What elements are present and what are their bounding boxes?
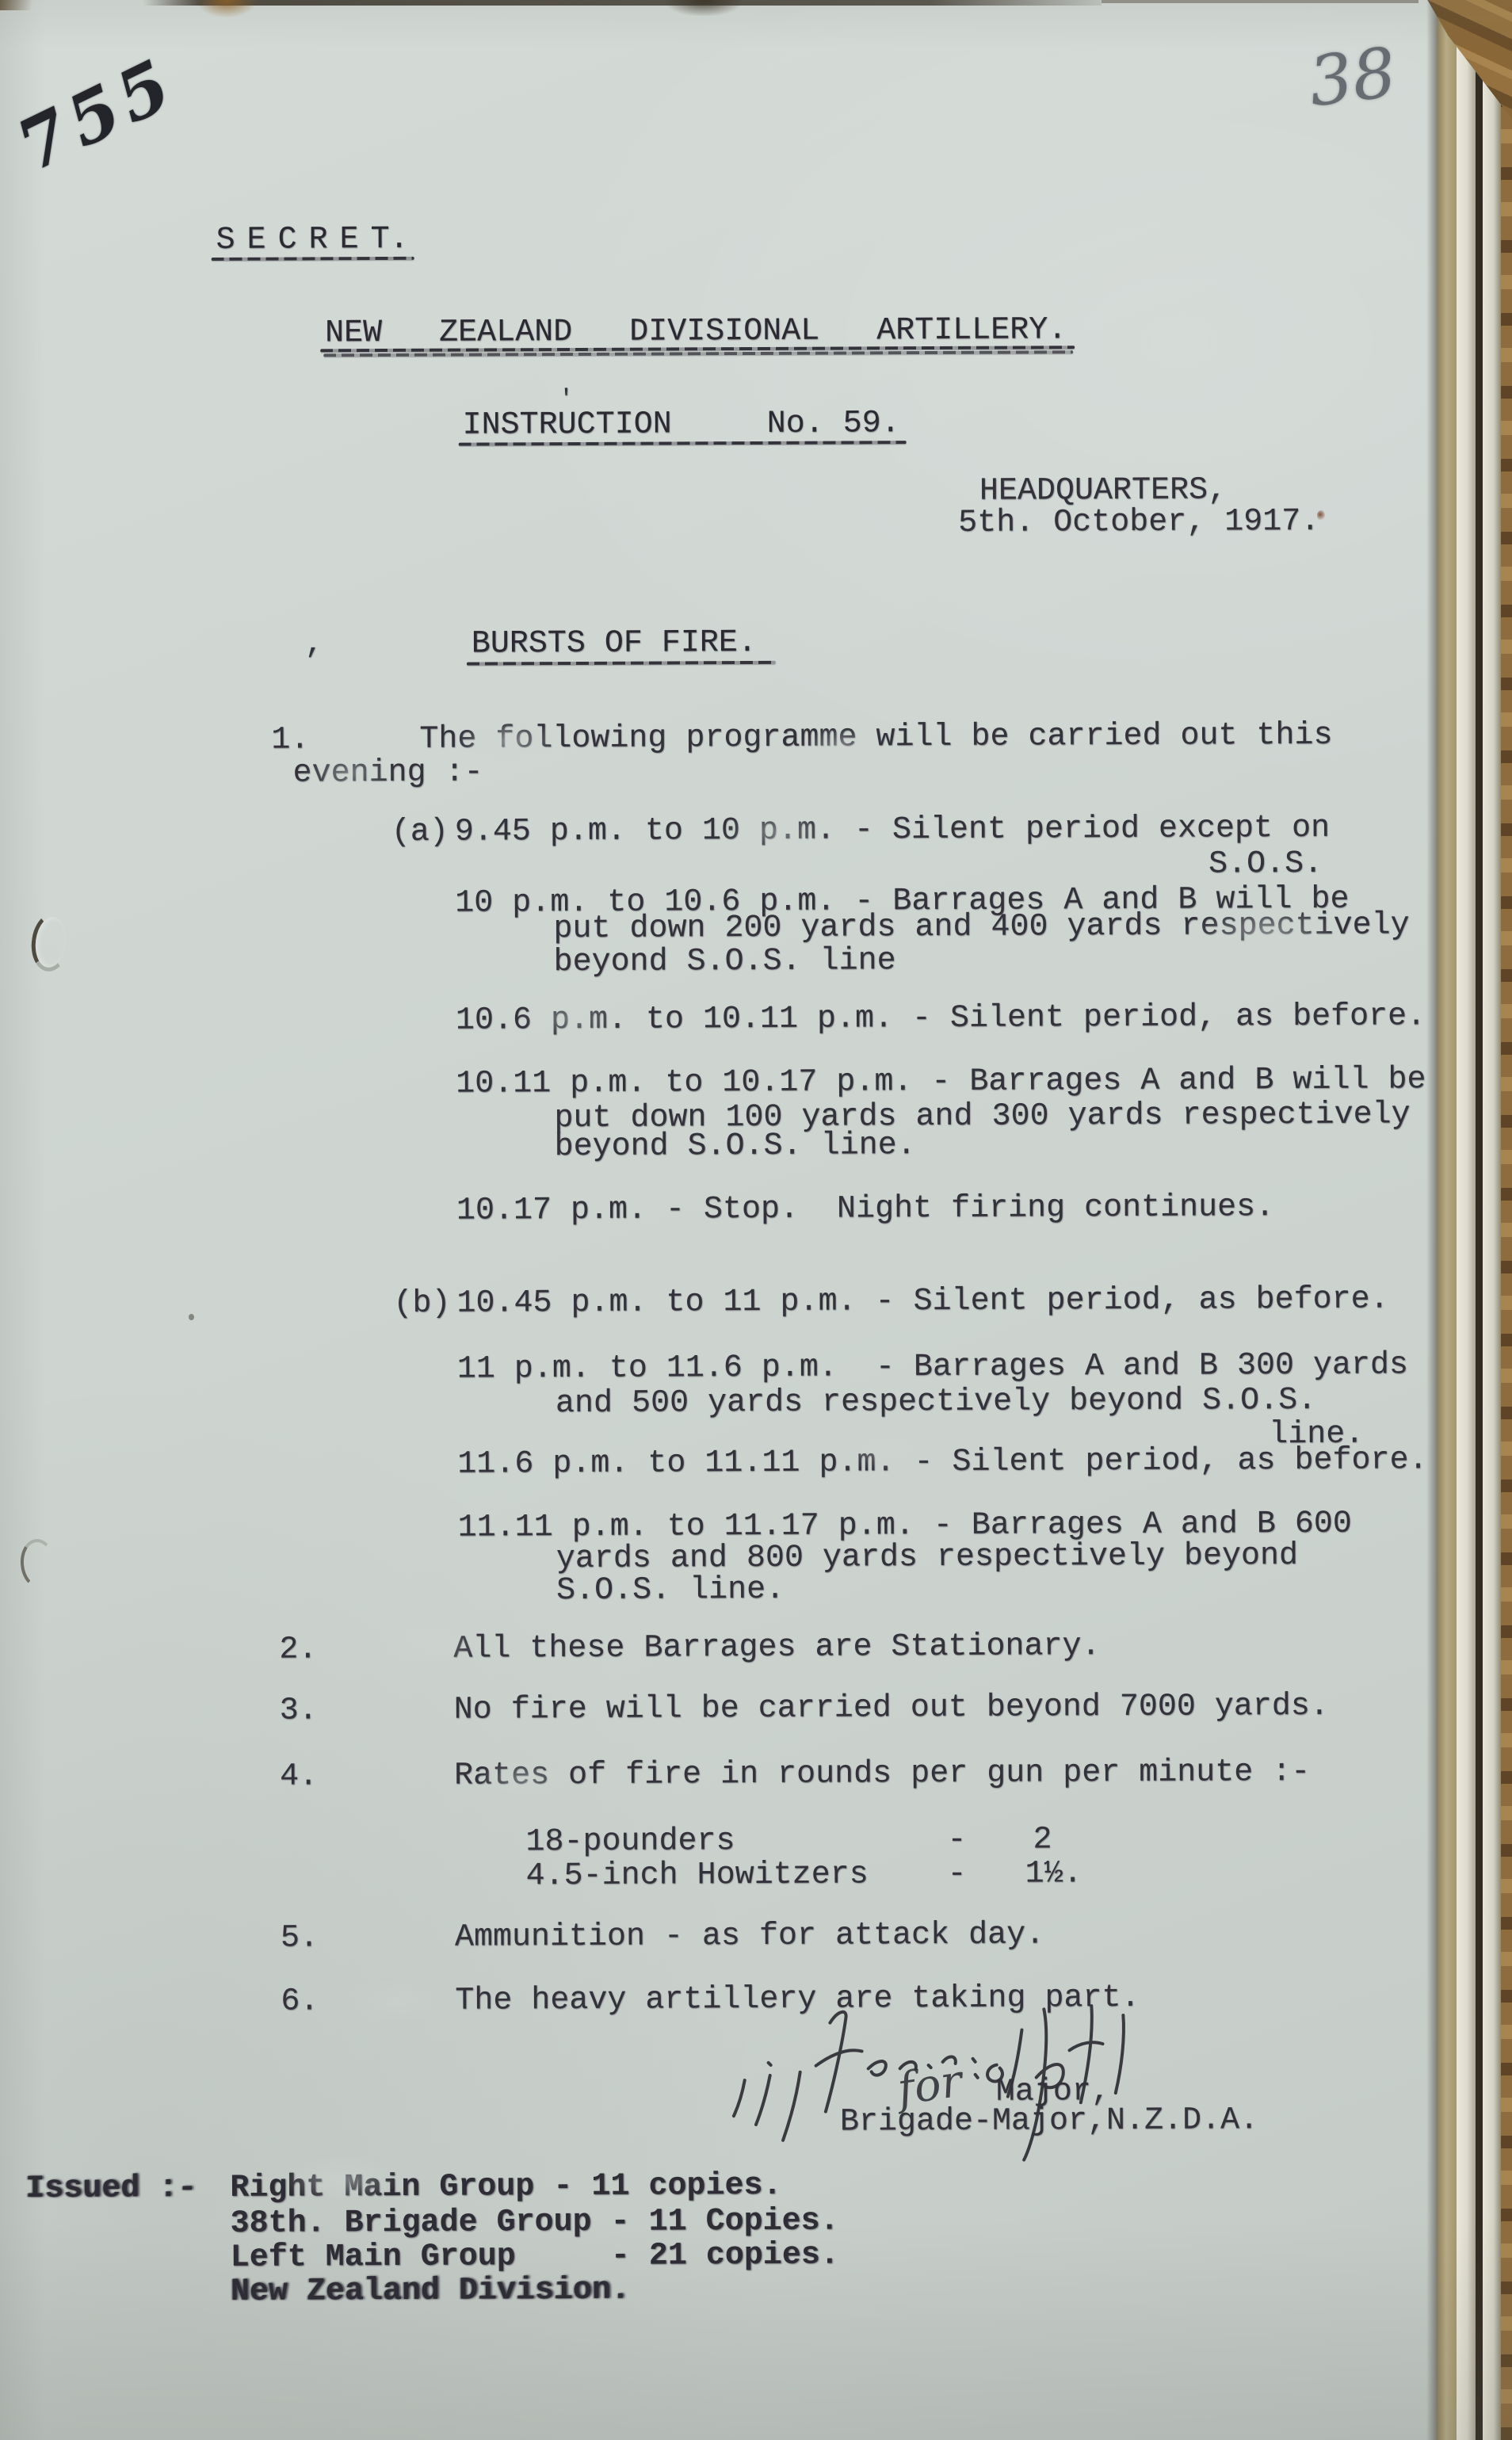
rates-row-dash: - xyxy=(948,1858,967,1892)
section-a-line-7: 10.11 p.m. to 10.17 p.m. - Barrages A an… xyxy=(456,1063,1426,1102)
distribution-row: Left Main Group - 21 copies. xyxy=(231,2239,839,2276)
rates-row-value: 2 xyxy=(1033,1823,1052,1858)
section-b-line-8: S.O.S. line. xyxy=(556,1573,785,1609)
rates-row-value: 1½. xyxy=(1025,1857,1082,1892)
stray-comma-mark: , xyxy=(305,628,323,661)
distribution-row: New Zealand Division. xyxy=(231,2274,630,2310)
section-b-line-3: and 500 yards respectively beyond S.O.S. xyxy=(556,1384,1316,1422)
section-b-line-5: 11.6 p.m. to 11.11 p.m. - Silent period,… xyxy=(457,1443,1427,1482)
distribution-row: 38th. Brigade Group - 11 Copies. xyxy=(230,2205,838,2242)
rates-row-dash: - xyxy=(947,1823,966,1858)
stray-apostrophe-mark: ' xyxy=(559,387,573,413)
section-a-label: (a) xyxy=(391,815,449,850)
subject-underline xyxy=(467,661,776,666)
section-b-line-7: yards and 800 yards respectively beyond xyxy=(556,1539,1298,1577)
paragraph-1-number: 1. xyxy=(271,723,309,758)
distribution-row: Right Main Group - 11 copies. xyxy=(230,2169,781,2206)
signature-title-line: Brigade-Major,N.Z.D.A. xyxy=(840,2103,1258,2140)
distribution-label: Issued :- xyxy=(25,2171,197,2207)
document-page: 755 38 S E C R E T. NEW ZEALAND DIVISION… xyxy=(0,0,1512,2440)
rates-row-gun: 18-pounders xyxy=(525,1824,735,1860)
paragraph-1-line-2: evening :- xyxy=(292,755,483,791)
section-b-line-2: 11 p.m. to 11.6 p.m. - Barrages A and B … xyxy=(457,1348,1408,1387)
paragraph-2-text: All these Barrages are Stationary. xyxy=(453,1629,1100,1667)
paragraph-5-text: Ammunition - as for attack day. xyxy=(455,1918,1044,1955)
section-a-line-10: 10.17 p.m. - Stop. Night firing continue… xyxy=(456,1190,1274,1229)
classification-underline xyxy=(212,257,414,261)
rates-row-gun: 4.5-inch Howitzers xyxy=(526,1858,869,1894)
paragraph-6-number: 6. xyxy=(281,1984,319,2019)
paragraph-4-number: 4. xyxy=(280,1759,318,1794)
typed-content: S E C R E T. NEW ZEALAND DIVISIONAL ARTI… xyxy=(0,0,1512,2440)
section-a-line-4: put down 200 yards and 400 yards respect… xyxy=(553,908,1409,947)
section-b-label: (b) xyxy=(393,1287,450,1322)
section-a-line-9: beyond S.O.S. line. xyxy=(555,1128,916,1165)
section-b-line-1: 10.45 p.m. to 11 p.m. - Silent period, a… xyxy=(456,1283,1388,1322)
instruction-heading: INSTRUCTION No. 59. xyxy=(463,407,900,443)
paragraph-2-number: 2. xyxy=(279,1632,317,1667)
paragraph-1-line-1: The following programme will be carried … xyxy=(419,719,1332,758)
paragraph-4-text: Rates of fire in rounds per gun per minu… xyxy=(454,1755,1310,1794)
paragraph-5-number: 5. xyxy=(281,1921,319,1956)
section-a-line-6: 10.6 p.m. to 10.11 p.m. - Silent period,… xyxy=(456,999,1426,1038)
paragraph-3-number: 3. xyxy=(280,1693,318,1728)
classification-text: S E C R E T. xyxy=(216,223,409,258)
section-a-line-2: S.O.S. xyxy=(1208,847,1323,883)
section-a-line-1: 9.45 p.m. to 10 p.m. - Silent period exc… xyxy=(455,811,1330,850)
paragraph-3-text: No fire will be carried out beyond 7000 … xyxy=(454,1690,1329,1728)
section-a-line-5: beyond S.O.S. line xyxy=(553,944,895,980)
date-line: 5th. October, 1917. xyxy=(958,505,1319,541)
subject-heading: BURSTS OF FIRE. xyxy=(472,626,757,663)
